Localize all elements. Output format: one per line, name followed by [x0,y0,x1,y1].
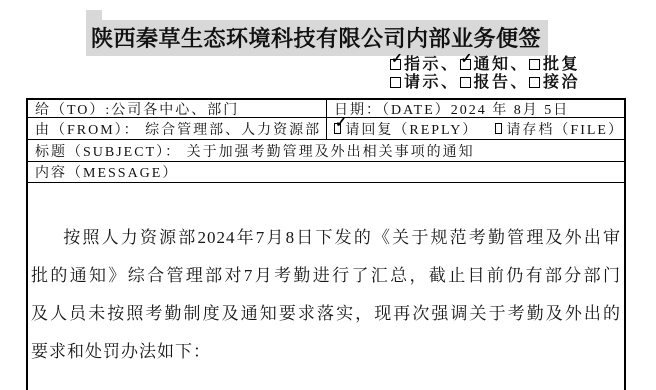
checkbox-approval[interactable] [529,59,540,70]
memo-header-table: 给（TO）:公司各中心、部门 日期：（DATE）2024 年 8月 5日 由（F… [26,98,626,390]
body-line: 及人员未按照考勤制度及通知要求落实，现再次强调关于考勤及外出的 [31,295,621,333]
from-field: 由（FROM）： 综合管理部、人力资源部 [28,118,327,139]
message-label: 内容（MESSAGE） [28,162,178,182]
date-field: 日期：（DATE）2024 年 8月 5日 [327,100,624,117]
checkbox-reply-label: 请回复（REPLY） [345,119,478,139]
checkbox-approval-label: 批复 [543,56,580,73]
to-field: 给（TO）:公司各中心、部门 [28,100,327,117]
body-line: 按照人力资源部2024年7月8日下发的《关于规范考勤管理及外出审 [31,219,621,257]
memo-title: 陕西秦草生态环境科技有限公司内部业务便签 [86,20,548,56]
check-icon: ✓ [461,53,473,67]
checkbox-instruction-label: 指示、 [404,56,460,73]
checkbox-liaison-label: 接洽 [543,74,580,91]
checkbox-file-label: 请存档（FILE） [506,119,624,139]
checkbox-notice[interactable]: ✓ [460,59,471,70]
table-row-to-date: 给（TO）:公司各中心、部门 日期：（DATE）2024 年 8月 5日 [28,100,624,118]
memo-body: 按照人力资源部2024年7月8日下发的《关于规范考勤管理及外出审 批的通知》综合… [28,183,624,371]
memo-document: 陕西秦草生态环境科技有限公司内部业务便签 ✓指示、✓通知、批复 请示、报告、接洽… [0,0,656,390]
table-row-subject: 标题（SUBJECT）： 关于加强考勤管理及外出相关事项的通知 [28,140,624,162]
check-icon: ✓ [335,118,347,131]
checkbox-report-label: 报告、 [474,74,530,91]
table-row-from-reply: 由（FROM）： 综合管理部、人力资源部 ✓请回复（REPLY）请存档（FILE… [28,118,624,140]
checkbox-request[interactable] [390,77,401,88]
check-icon: ✓ [391,53,403,67]
body-line: 要求和处罚办法如下： [31,333,621,371]
subject-field: 标题（SUBJECT）： 关于加强考勤管理及外出相关事项的通知 [28,141,475,161]
table-row-message-label: 内容（MESSAGE） [28,162,624,183]
body-line: 批的通知》综合管理部对7月考勤进行了汇总，截止目前仍有部分部门 [31,257,621,295]
doc-type-row-2: 请示、报告、接洽 [390,74,580,92]
doc-type-checkbox-group: ✓指示、✓通知、批复 请示、报告、接洽 [390,56,580,92]
reply-file-field: ✓请回复（REPLY）请存档（FILE） [327,118,624,139]
checkbox-report[interactable] [460,77,471,88]
checkbox-instruction[interactable]: ✓ [390,59,401,70]
checkbox-liaison[interactable] [529,77,540,88]
checkbox-request-label: 请示、 [404,74,460,91]
checkbox-notice-label: 通知、 [474,56,530,73]
checkbox-file[interactable] [495,123,502,134]
checkbox-reply[interactable]: ✓ [334,123,341,134]
doc-type-row-1: ✓指示、✓通知、批复 [390,56,580,74]
